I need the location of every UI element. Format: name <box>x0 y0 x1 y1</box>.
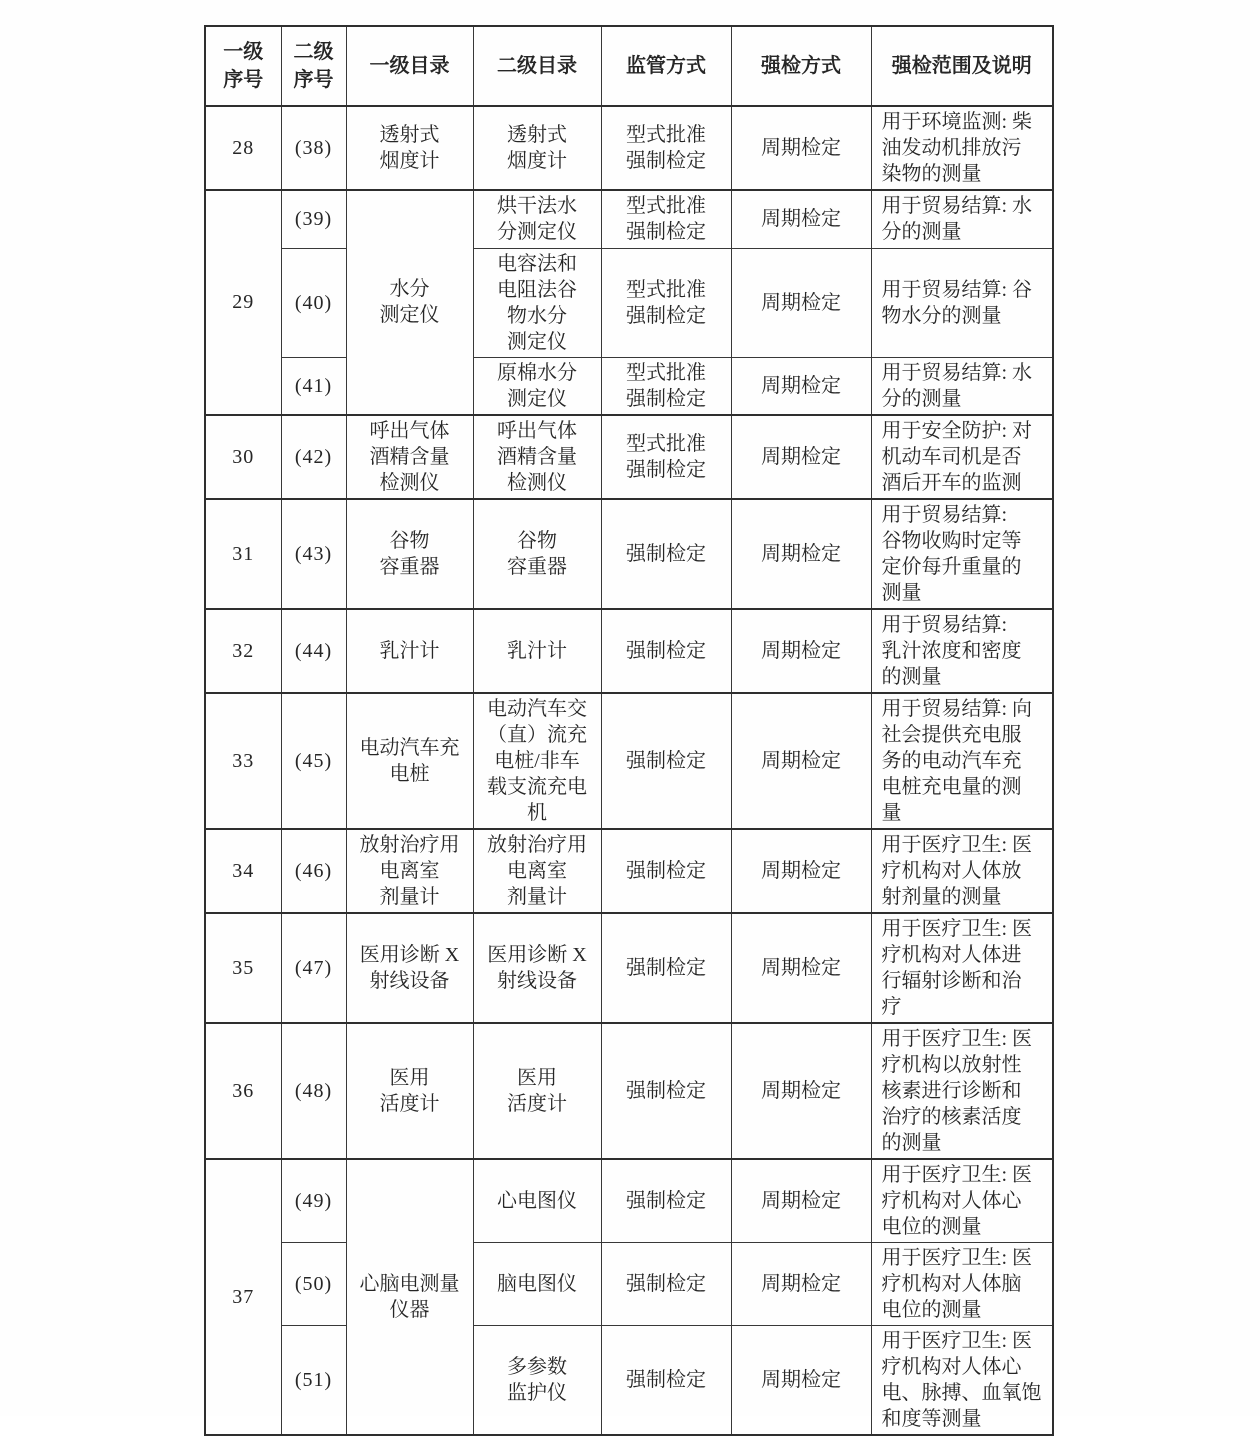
cell-level1-no: 36 <box>205 1023 281 1159</box>
cell-scope: 用于医疗卫生: 医 疗机构以放射性 核素进行诊断和 治疗的核素活度 的测量 <box>871 1023 1053 1159</box>
cell-scope: 用于医疗卫生: 医 疗机构对人体脑 电位的测量 <box>871 1242 1053 1325</box>
table-row: 33 (45) 电动汽车充 电桩 电动汽车交 （直）流充 电桩/非车 载支流充电… <box>205 693 1053 829</box>
table-row: 34 (46) 放射治疗用 电离室 剂量计 放射治疗用 电离室 剂量计 强制检定… <box>205 829 1053 913</box>
table-row: 30 (42) 呼出气体 酒精含量 检测仪 呼出气体 酒精含量 检测仪 型式批准… <box>205 415 1053 499</box>
cell-verification-mode: 周期检定 <box>731 1325 871 1435</box>
cell-level1-catalog: 心脑电测量 仪器 <box>346 1159 473 1435</box>
table-row: (51) 多参数 监护仪 强制检定 周期检定 用于医疗卫生: 医 疗机构对人体心… <box>205 1325 1053 1435</box>
cell-level2-no: (49) <box>281 1159 346 1243</box>
header-row: 一级 序号 二级 序号 一级目录 二级目录 监管方式 强检方式 强检范围及说明 <box>205 26 1053 106</box>
cell-level1-catalog: 医用 活度计 <box>346 1023 473 1159</box>
cell-verification-mode: 周期检定 <box>731 693 871 829</box>
cell-level2-catalog: 烘干法水 分测定仪 <box>473 190 601 248</box>
cell-level1-catalog: 放射治疗用 电离室 剂量计 <box>346 829 473 913</box>
cell-supervision-mode: 强制检定 <box>601 913 731 1023</box>
cell-scope: 用于贸易结算: 谷物收购时定等 定价每升重量的 测量 <box>871 499 1053 609</box>
cell-level2-catalog: 乳汁计 <box>473 609 601 693</box>
cell-supervision-mode: 型式批准 强制检定 <box>601 248 731 357</box>
cell-scope: 用于贸易结算: 向 社会提供充电服 务的电动汽车充 电桩充电量的测 量 <box>871 693 1053 829</box>
cell-level2-catalog: 脑电图仪 <box>473 1242 601 1325</box>
cell-level2-catalog: 心电图仪 <box>473 1159 601 1243</box>
cell-level2-no: (39) <box>281 190 346 248</box>
header-supervision-mode: 监管方式 <box>601 26 731 106</box>
cell-level2-no: (43) <box>281 499 346 609</box>
cell-level2-catalog: 医用诊断 X 射线设备 <box>473 913 601 1023</box>
cell-supervision-mode: 型式批准 强制检定 <box>601 357 731 415</box>
cell-verification-mode: 周期检定 <box>731 1159 871 1243</box>
cell-supervision-mode: 型式批准 强制检定 <box>601 106 731 190</box>
cell-verification-mode: 周期检定 <box>731 913 871 1023</box>
cell-level2-no: (48) <box>281 1023 346 1159</box>
header-level1-no: 一级 序号 <box>205 26 281 106</box>
cell-verification-mode: 周期检定 <box>731 1023 871 1159</box>
cell-verification-mode: 周期检定 <box>731 1242 871 1325</box>
cell-level2-no: (40) <box>281 248 346 357</box>
cell-level1-no: 30 <box>205 415 281 499</box>
cell-supervision-mode: 强制检定 <box>601 693 731 829</box>
cell-level2-catalog: 原棉水分 测定仪 <box>473 357 601 415</box>
cell-supervision-mode: 强制检定 <box>601 1242 731 1325</box>
cell-scope: 用于医疗卫生: 医 疗机构对人体心 电、脉搏、血氧饱 和度等测量 <box>871 1325 1053 1435</box>
table-row: (40) 电容法和 电阻法谷 物水分 测定仪 型式批准 强制检定 周期检定 用于… <box>205 248 1053 357</box>
cell-verification-mode: 周期检定 <box>731 499 871 609</box>
table-row: (50) 脑电图仪 强制检定 周期检定 用于医疗卫生: 医 疗机构对人体脑 电位… <box>205 1242 1053 1325</box>
cell-supervision-mode: 强制检定 <box>601 829 731 913</box>
header-scope: 强检范围及说明 <box>871 26 1053 106</box>
header-level2-no: 二级 序号 <box>281 26 346 106</box>
table-row: 35 (47) 医用诊断 X 射线设备 医用诊断 X 射线设备 强制检定 周期检… <box>205 913 1053 1023</box>
cell-supervision-mode: 强制检定 <box>601 609 731 693</box>
cell-level1-catalog: 电动汽车充 电桩 <box>346 693 473 829</box>
cell-supervision-mode: 强制检定 <box>601 1159 731 1243</box>
cell-level2-catalog: 医用 活度计 <box>473 1023 601 1159</box>
cell-level2-no: (46) <box>281 829 346 913</box>
table-row: 36 (48) 医用 活度计 医用 活度计 强制检定 周期检定 用于医疗卫生: … <box>205 1023 1053 1159</box>
header-level2-catalog: 二级目录 <box>473 26 601 106</box>
cell-verification-mode: 周期检定 <box>731 829 871 913</box>
cell-supervision-mode: 型式批准 强制检定 <box>601 190 731 248</box>
cell-scope: 用于贸易结算: 水 分的测量 <box>871 190 1053 248</box>
cell-scope: 用于贸易结算: 水 分的测量 <box>871 357 1053 415</box>
cell-level2-no: (51) <box>281 1325 346 1435</box>
cell-level2-no: (38) <box>281 106 346 190</box>
cell-verification-mode: 周期检定 <box>731 190 871 248</box>
cell-level1-no: 35 <box>205 913 281 1023</box>
table-row: (41) 原棉水分 测定仪 型式批准 强制检定 周期检定 用于贸易结算: 水 分… <box>205 357 1053 415</box>
cell-scope: 用于医疗卫生: 医 疗机构对人体进 行辐射诊断和治 疗 <box>871 913 1053 1023</box>
cell-level2-catalog: 透射式 烟度计 <box>473 106 601 190</box>
cell-verification-mode: 周期检定 <box>731 248 871 357</box>
cell-level1-no: 37 <box>205 1159 281 1435</box>
cell-scope: 用于安全防护: 对 机动车司机是否 酒后开车的监测 <box>871 415 1053 499</box>
table-row: 28 (38) 透射式 烟度计 透射式 烟度计 型式批准 强制检定 周期检定 用… <box>205 106 1053 190</box>
cell-level1-catalog: 乳汁计 <box>346 609 473 693</box>
cell-verification-mode: 周期检定 <box>731 357 871 415</box>
cell-verification-mode: 周期检定 <box>731 609 871 693</box>
cell-verification-mode: 周期检定 <box>731 106 871 190</box>
header-level1-catalog: 一级目录 <box>346 26 473 106</box>
cell-level1-no: 29 <box>205 190 281 415</box>
cell-level1-no: 32 <box>205 609 281 693</box>
cell-level2-catalog: 多参数 监护仪 <box>473 1325 601 1435</box>
cell-scope: 用于医疗卫生: 医 疗机构对人体心 电位的测量 <box>871 1159 1053 1243</box>
document-page: 一级 序号 二级 序号 一级目录 二级目录 监管方式 强检方式 强检范围及说明 … <box>0 0 1260 1416</box>
cell-level2-catalog: 呼出气体 酒精含量 检测仪 <box>473 415 601 499</box>
cell-level2-catalog: 电动汽车交 （直）流充 电桩/非车 载支流充电 机 <box>473 693 601 829</box>
cell-level1-no: 31 <box>205 499 281 609</box>
cell-level2-catalog: 电容法和 电阻法谷 物水分 测定仪 <box>473 248 601 357</box>
cell-level2-no: (41) <box>281 357 346 415</box>
cell-level1-catalog: 谷物 容重器 <box>346 499 473 609</box>
table-row: 32 (44) 乳汁计 乳汁计 强制检定 周期检定 用于贸易结算: 乳汁浓度和密… <box>205 609 1053 693</box>
cell-level2-catalog: 放射治疗用 电离室 剂量计 <box>473 829 601 913</box>
cell-level2-no: (50) <box>281 1242 346 1325</box>
cell-scope: 用于贸易结算: 谷 物水分的测量 <box>871 248 1053 357</box>
cell-supervision-mode: 强制检定 <box>601 1023 731 1159</box>
cell-level2-no: (42) <box>281 415 346 499</box>
cell-supervision-mode: 型式批准 强制检定 <box>601 415 731 499</box>
cell-scope: 用于环境监测: 柴 油发动机排放污 染物的测量 <box>871 106 1053 190</box>
cell-level1-catalog: 呼出气体 酒精含量 检测仪 <box>346 415 473 499</box>
cell-level2-no: (45) <box>281 693 346 829</box>
cell-level2-no: (47) <box>281 913 346 1023</box>
cell-level1-catalog: 透射式 烟度计 <box>346 106 473 190</box>
table-row: 37 (49) 心脑电测量 仪器 心电图仪 强制检定 周期检定 用于医疗卫生: … <box>205 1159 1053 1243</box>
cell-verification-mode: 周期检定 <box>731 415 871 499</box>
cell-level1-catalog: 水分 测定仪 <box>346 190 473 415</box>
table-row: 31 (43) 谷物 容重器 谷物 容重器 强制检定 周期检定 用于贸易结算: … <box>205 499 1053 609</box>
cell-level1-no: 33 <box>205 693 281 829</box>
cell-level2-catalog: 谷物 容重器 <box>473 499 601 609</box>
cell-level2-no: (44) <box>281 609 346 693</box>
cell-scope: 用于医疗卫生: 医 疗机构对人体放 射剂量的测量 <box>871 829 1053 913</box>
table-row: 29 (39) 水分 测定仪 烘干法水 分测定仪 型式批准 强制检定 周期检定 … <box>205 190 1053 248</box>
header-verification-mode: 强检方式 <box>731 26 871 106</box>
cell-scope: 用于贸易结算: 乳汁浓度和密度 的测量 <box>871 609 1053 693</box>
cell-level1-no: 28 <box>205 106 281 190</box>
compulsory-verification-catalog-table: 一级 序号 二级 序号 一级目录 二级目录 监管方式 强检方式 强检范围及说明 … <box>204 25 1054 1436</box>
cell-level1-catalog: 医用诊断 X 射线设备 <box>346 913 473 1023</box>
cell-supervision-mode: 强制检定 <box>601 499 731 609</box>
cell-level1-no: 34 <box>205 829 281 913</box>
cell-supervision-mode: 强制检定 <box>601 1325 731 1435</box>
